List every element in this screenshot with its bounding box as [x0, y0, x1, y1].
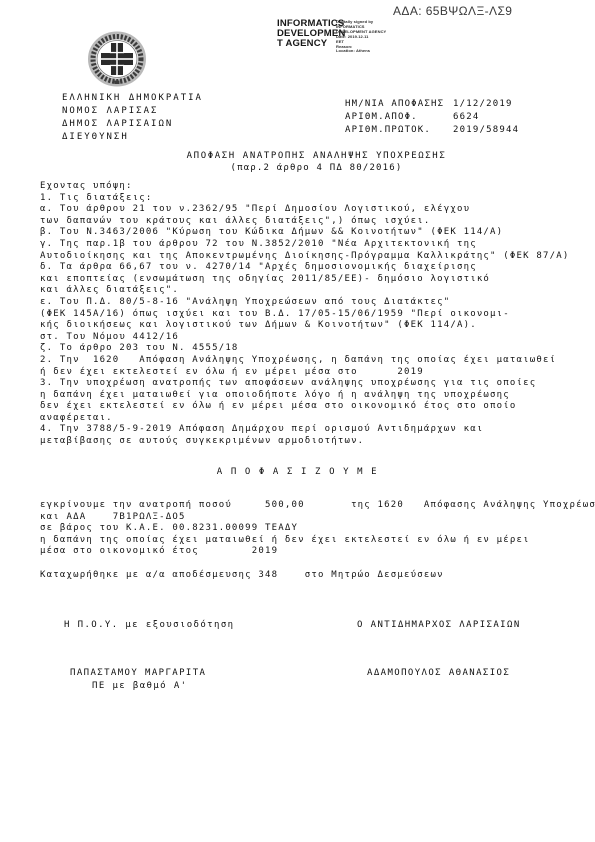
signatory-right-name: ΑΔΑΜΟΠΟΥΛΟΣ ΑΘΑΝΑΣΙΟΣ [367, 668, 510, 678]
meta-label: ΑΡΙΘΜ.ΑΠΟΦ. [345, 111, 453, 124]
digital-signature-details: Digitally signed byINFORMATICSDEVELOPMEN… [336, 20, 386, 54]
meta-value: 2019/58944 [453, 125, 519, 135]
decision-line: σε βάρος του Κ.Α.Ε. 00.8231.00099 ΤΕΑΔΥ [40, 523, 595, 535]
document-title: ΑΠΟΦΑΣΗ ΑΝΑΤΡΟΠΗΣ ΑΝΑΛΗΨΗΣ ΥΠΟΧΡΕΩΣΗΣ [38, 150, 595, 162]
preamble-line: στ. Του Νόμου 4412/16 [40, 332, 569, 344]
preamble-line: κής διοικήσεως και λογιστικού των Δήμων … [40, 320, 569, 332]
stamp-signature-line: Location: Athens [336, 49, 386, 54]
title-block: ΑΠΟΦΑΣΗ ΑΝΑΤΡΟΠΗΣ ΑΝΑΛΗΨΗΣ ΥΠΟΧΡΕΩΣΗΣ (π… [38, 150, 595, 174]
signatory-left-title: Η Π.Ο.Υ. με εξουσιοδότηση [64, 620, 234, 630]
preamble-line: γ. Της παρ.1β του άρθρου 72 του Ν.3852/2… [40, 239, 569, 251]
signatory-left-name: ΠΑΠΑΣΤΑΜΟΥ ΜΑΡΓΑΡΙΤΑ [70, 668, 206, 678]
issuing-authority-block: ΕΛΛΗΝΙΚΗ ΔΗΜΟΚΡΑΤΙΑΝΟΜΟΣ ΛΑΡΙΣΑΣΔΗΜΟΣ ΛΑ… [62, 92, 203, 144]
preamble-line: Εχοντας υπόψη: [40, 181, 569, 193]
signatory-right-title: Ο ΑΝΤΙΔΗΜΑΡΧΟΣ ΛΑΡΙΣΑΙΩΝ [357, 620, 521, 630]
preamble-line: 1. Τις διατάξεις: [40, 193, 569, 205]
meta-value: 1/12/2019 [453, 99, 513, 109]
preamble-line: ε. Του Π.Δ. 80/5-8-16 "Ανάληψη Υποχρεώσε… [40, 297, 569, 309]
decision-line: μέσα στο οικονομικό έτος 2019 [40, 546, 595, 558]
authority-line: ΔΙΕΥΘΥΝΣΗ [62, 131, 203, 144]
meta-row: ΑΡΙΘΜ.ΑΠΟΦ.6624 [345, 111, 519, 124]
authority-line: ΔΗΜΟΣ ΛΑΡΙΣΑΙΩΝ [62, 118, 203, 131]
preamble-line: 3. Την υποχρέωση ανατροπής των αποφάσεων… [40, 378, 569, 390]
preamble-line: μεταβίβασης σε αυτούς συγκεκριμένων αρμο… [40, 436, 569, 448]
meta-value: 6624 [453, 112, 479, 122]
preamble-line: 4. Την 3788/5-9-2019 Απόφαση Δημάρχου πε… [40, 424, 569, 436]
decision-line: και ΑΔΑ 7Β1ΡΩΛΞ-ΔΟ5 [40, 512, 595, 524]
document-subtitle: (παρ.2 άρθρο 4 ΠΔ 80/2016) [38, 162, 595, 174]
hellenic-republic-emblem-icon [88, 31, 146, 91]
preamble-line: ζ. Το άρθρο 203 του Ν. 4555/18 [40, 343, 569, 355]
ada-code: ΑΔΑ: 65ΒΨΩΛΞ-ΛΣ9 [393, 4, 512, 18]
preamble-line: α. Του άρθρου 21 του ν.2362/95 "Περί Δημ… [40, 204, 569, 216]
authority-line: ΕΛΛΗΝΙΚΗ ΔΗΜΟΚΡΑΤΙΑ [62, 92, 203, 105]
authority-line: ΝΟΜΟΣ ΛΑΡΙΣΑΣ [62, 105, 203, 118]
meta-row: ΑΡΙΘΜ.ΠΡΩΤΟΚ.2019/58944 [345, 124, 519, 137]
preamble-line: και εποπτείας (ενσωμάτωση της οδηγίας 20… [40, 274, 569, 286]
preamble-block: Εχοντας υπόψη:1. Τις διατάξεις:α. Του άρ… [40, 181, 569, 448]
preamble-line: δ. Τα άρθρα 66,67 του ν. 4270/14 "Αρχές … [40, 262, 569, 274]
preamble-line: Αυτοδιοίκησης και της Αποκεντρωμένης Διο… [40, 251, 569, 263]
decision-body-block: εγκρίνουμε την ανατροπή ποσού 500,00 της… [40, 500, 595, 558]
preamble-line: αναφέρεται. [40, 413, 569, 425]
preamble-line: η δαπάνη έχει ματαιωθεί για οποιοδήποτε … [40, 390, 569, 402]
preamble-line: και άλλες διατάξεις". [40, 285, 569, 297]
preamble-line: των δαπανών του κράτους και άλλες διατάξ… [40, 216, 569, 228]
signatory-left-grade: ΠΕ με βαθμό Α' [92, 681, 187, 691]
preamble-line: 2. Την 1620 Απόφαση Ανάληψης Υποχρέωσης,… [40, 355, 569, 367]
registry-line: Καταχωρήθηκε με α/α αποδέσμευσης 348 στο… [40, 570, 444, 582]
preamble-line: ή δεν έχει εκτελεστεί εν όλω ή εν μέρει … [40, 367, 569, 379]
preamble-line: β. Του Ν.3463/2006 "Κύρωση του Κώδικα Δή… [40, 227, 569, 239]
decision-heading: Α Π Ο Φ Α Σ Ι Ζ Ο Υ Μ Ε [0, 467, 595, 479]
meta-row: ΗΜ/ΝΙΑ ΑΠΟΦΑΣΗΣ1/12/2019 [345, 98, 519, 111]
decision-meta-block: ΗΜ/ΝΙΑ ΑΠΟΦΑΣΗΣ1/12/2019ΑΡΙΘΜ.ΑΠΟΦ.6624Α… [345, 98, 519, 137]
preamble-line: (ΦΕΚ 145Α/16) όπως ισχύει και του Β.Δ. 1… [40, 309, 569, 321]
meta-label: ΗΜ/ΝΙΑ ΑΠΟΦΑΣΗΣ [345, 98, 453, 111]
decision-line: εγκρίνουμε την ανατροπή ποσού 500,00 της… [40, 500, 595, 512]
document-page: ΑΔΑ: 65ΒΨΩΛΞ-ΛΣ9 INFORMATICSDEVELOPMENT … [0, 0, 595, 842]
decision-line: η δαπάνη της οποίας έχει ματαιωθεί ή δεν… [40, 535, 595, 547]
meta-label: ΑΡΙΘΜ.ΠΡΩΤΟΚ. [345, 124, 453, 137]
preamble-line: δεν έχει εκτελεστεί εν όλω ή εν μέρει μέ… [40, 401, 569, 413]
